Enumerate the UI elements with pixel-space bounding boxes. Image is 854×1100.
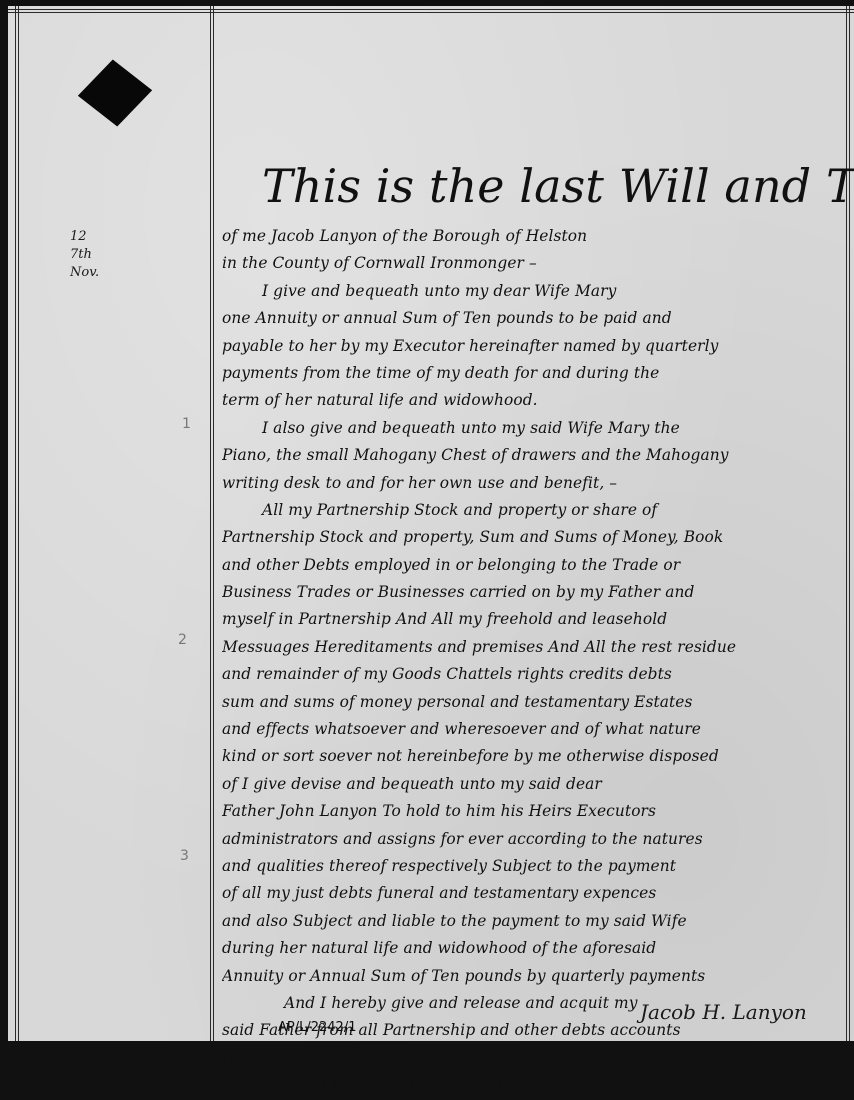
text-line: Partnership Stock and property, Sum and … <box>222 524 844 551</box>
text-line: and also Subject and liable to the payme… <box>222 908 844 935</box>
text-line: Piano, the small Mahogany Chest of drawe… <box>222 442 844 469</box>
text-line: Business Trades or Businesses carried on… <box>222 579 844 606</box>
text-line: I also give and bequeath unto my said Wi… <box>222 415 844 442</box>
text-line: term of her natural life and widowhood. <box>222 387 844 414</box>
text-line: Annuity or Annual Sum of Ten pounds by q… <box>222 963 844 990</box>
margin-rule-inner <box>213 6 214 1041</box>
text-line: Messuages Hereditaments and premises And… <box>222 634 844 661</box>
text-line: in the County of Cornwall Ironmonger – <box>222 250 844 277</box>
black-diamond-seal <box>78 60 152 127</box>
text-line: kind or sort soever not hereinbefore by … <box>222 743 844 770</box>
text-line: sum and sums of money personal and testa… <box>222 689 844 716</box>
text-line: and remainder of my Goods Chattels right… <box>222 661 844 688</box>
signature: Jacob H. Lanyon <box>640 1000 807 1024</box>
text-line: during her natural life and widowhood of… <box>222 935 844 962</box>
text-line: All my Partnership Stock and property or… <box>222 497 844 524</box>
text-line: of me Jacob Lanyon of the Borough of Hel… <box>222 223 844 250</box>
left-border-rule <box>15 6 16 1041</box>
text-line: payable to her by my Executor hereinafte… <box>222 333 844 360</box>
margin-rule <box>210 6 211 1041</box>
archive-reference: AP/L/2242/1 <box>278 1020 356 1035</box>
top-border-rule <box>8 9 854 10</box>
pencil-number-2: 2 <box>178 632 187 648</box>
will-text: This is the last Will and Testament of m… <box>222 156 844 1047</box>
will-title: This is the last Will and Testament <box>222 156 844 223</box>
text-line: of all my just debts funeral and testame… <box>222 880 844 907</box>
margin-note: 12 7th Nov. <box>70 228 99 282</box>
text-line: one Annuity or annual Sum of Ten pounds … <box>222 305 844 332</box>
pencil-number-3: 3 <box>180 848 189 864</box>
text-line: Father John Lanyon To hold to him his He… <box>222 798 844 825</box>
margin-note-line: 7th <box>70 246 99 264</box>
text-line: and effects whatsoever and wheresoever a… <box>222 716 844 743</box>
text-line: writing desk to and for her own use and … <box>222 470 844 497</box>
text-line: of I give devise and bequeath unto my sa… <box>222 771 844 798</box>
pencil-number-1: 1 <box>182 416 191 432</box>
margin-note-line: 12 <box>70 228 99 246</box>
text-line: and other Debts employed in or belonging… <box>222 552 844 579</box>
text-line: and qualities thereof respectively Subje… <box>222 853 844 880</box>
top-border-rule-inner <box>8 12 854 13</box>
text-line: payments from the time of my death for a… <box>222 360 844 387</box>
text-line: I give and bequeath unto my dear Wife Ma… <box>222 278 844 305</box>
text-line: myself in Partnership And All my freehol… <box>222 606 844 633</box>
title-text: This is the last Will and Testament <box>262 159 854 213</box>
text-line: administrators and assigns for ever acco… <box>222 826 844 853</box>
left-border-rule-inner <box>18 6 19 1041</box>
margin-note-line: Nov. <box>70 264 99 282</box>
